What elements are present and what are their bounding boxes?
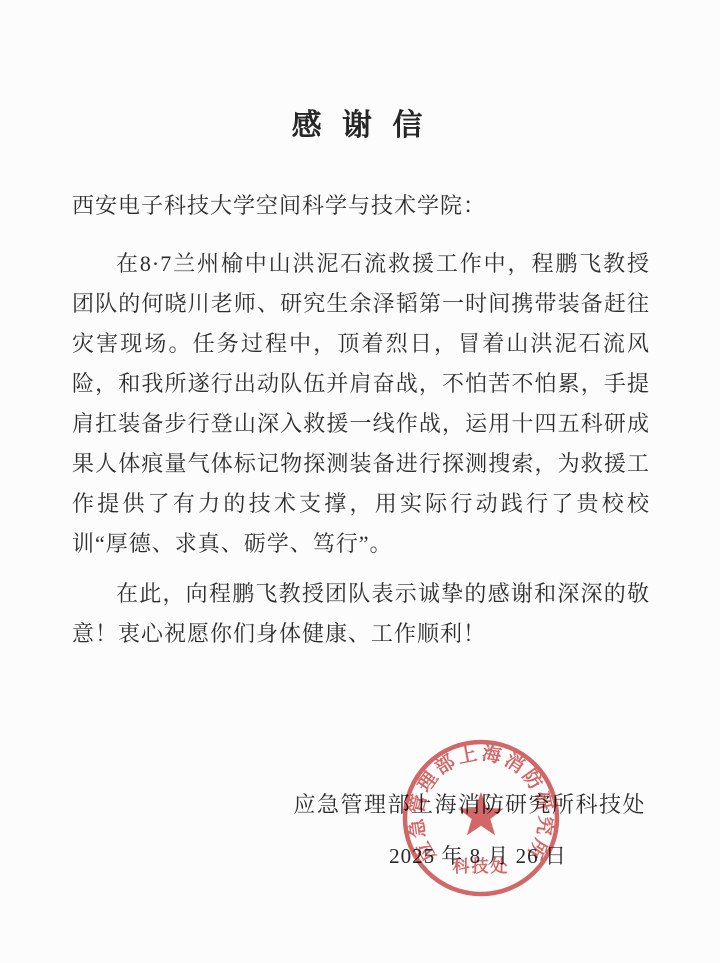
letter-page: 感 谢 信 西安电子科技大学空间科学与技术学院： 在8·7兰州榆中山洪泥石流救援… [0, 0, 720, 963]
salutation: 西安电子科技大学空间科学与技术学院： [72, 186, 650, 226]
paragraph-1: 在8·7兰州榆中山洪泥石流救援工作中，程鹏飞教授团队的何晓川老师、研究生余泽韬第… [72, 244, 650, 564]
paragraph-2: 在此，向程鹏飞教授团队表示诚挚的感谢和深深的敬意！衷心祝愿你们身体健康、工作顺利… [72, 574, 650, 654]
signature-org: 应急管理部上海消防研究所科技处 [293, 788, 646, 819]
letter-body: 西安电子科技大学空间科学与技术学院： 在8·7兰州榆中山洪泥石流救援工作中，程鹏… [72, 186, 650, 654]
letter-title: 感 谢 信 [0, 100, 720, 144]
signature-date: 2025 年 8 月 26 日 [308, 840, 648, 870]
